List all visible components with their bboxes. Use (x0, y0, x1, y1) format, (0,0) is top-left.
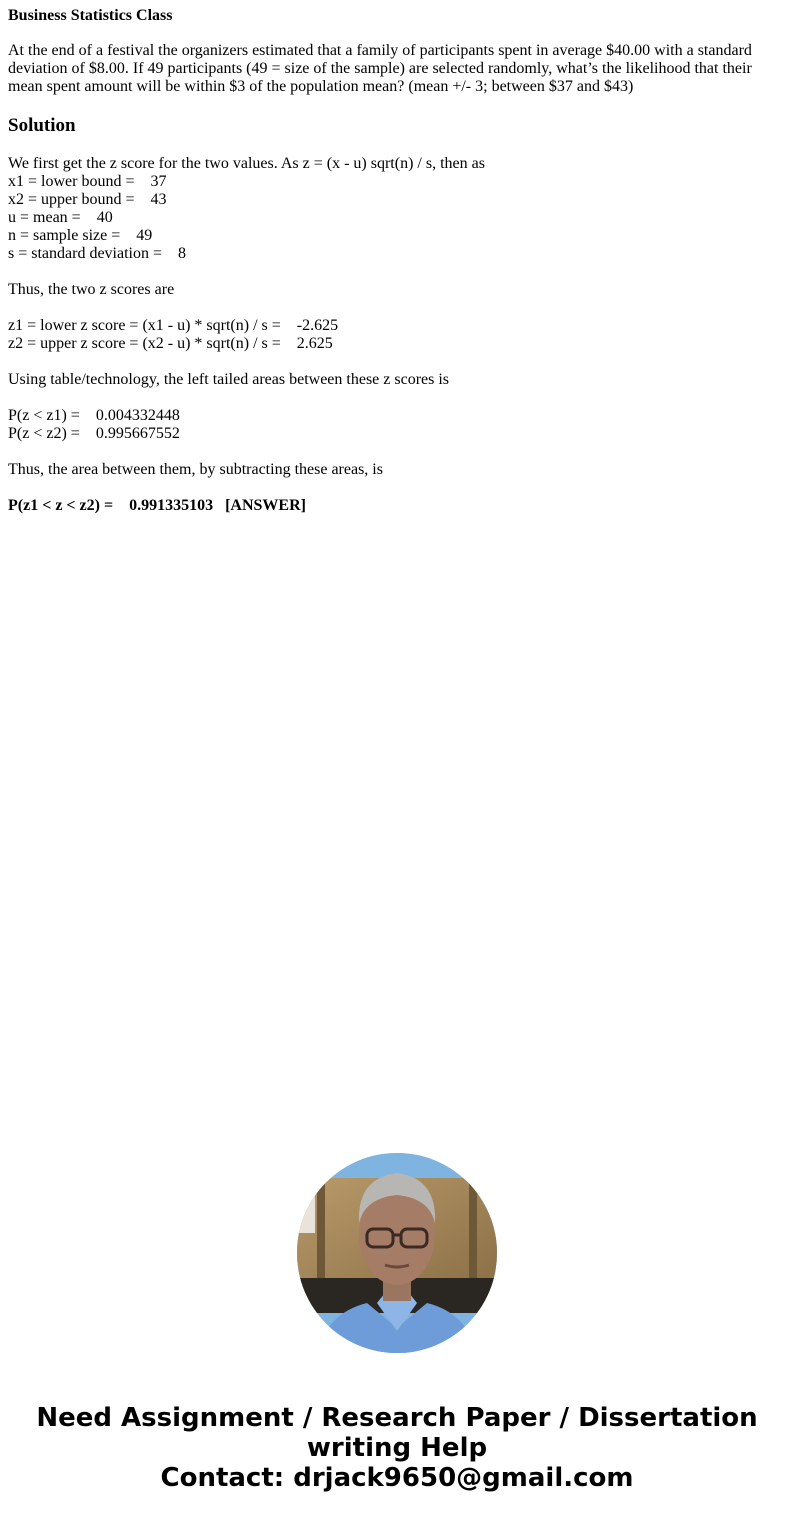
area-z1-row: P(z < z1) = 0.004332448 (8, 407, 778, 425)
given-mean: u = mean = 40 (8, 209, 778, 227)
given-n: n = sample size = 49 (8, 227, 778, 245)
question-text: At the end of a festival the organizers … (8, 42, 778, 96)
given-value: 43 (150, 191, 166, 208)
promo-contact: Contact: drjack9650@gmail.com (0, 1463, 794, 1493)
answer-row: P(z1 < z < z2) = 0.991335103 [ANSWER] (8, 497, 778, 515)
area-z2-row: P(z < z2) = 0.995667552 (8, 425, 778, 443)
area-value: 0.004332448 (96, 407, 180, 424)
z-intro: Thus, the two z scores are (8, 281, 778, 299)
promo-line-2: writing Help (0, 1433, 794, 1463)
promo-banner: Need Assignment / Research Paper / Disse… (0, 1403, 794, 1493)
given-value: 8 (178, 245, 186, 262)
given-value: 40 (97, 209, 113, 226)
author-photo-icon (297, 1153, 497, 1353)
author-avatar (297, 1153, 497, 1353)
given-value: 37 (150, 173, 166, 190)
areas-intro: Using table/technology, the left tailed … (8, 371, 778, 389)
spacer (8, 479, 778, 497)
given-s: s = standard deviation = 8 (8, 245, 778, 263)
given-x2: x2 = upper bound = 43 (8, 191, 778, 209)
given-x1: x1 = lower bound = 37 (8, 173, 778, 191)
answer-label: P(z1 < z < z2) = (8, 497, 113, 514)
given-label: x2 = upper bound = (8, 191, 134, 208)
promo-line-1: Need Assignment / Research Paper / Disse… (0, 1403, 794, 1433)
given-label: s = standard deviation = (8, 245, 162, 262)
area-value: 0.995667552 (96, 425, 180, 442)
given-label: n = sample size = (8, 227, 120, 244)
answer-tag: [ANSWER] (225, 497, 306, 514)
subtract-intro: Thus, the area between them, by subtract… (8, 461, 778, 479)
z-value: -2.625 (297, 317, 338, 334)
solution-intro: We first get the z score for the two val… (8, 155, 778, 173)
area-label: P(z < z1) = (8, 407, 80, 424)
solution-heading: Solution (8, 115, 76, 137)
z-label: z2 = upper z score = (x2 - u) * sqrt(n) … (8, 335, 281, 352)
spacer (8, 263, 778, 281)
spacer (8, 353, 778, 371)
spacer (8, 389, 778, 407)
given-label: u = mean = (8, 209, 81, 226)
z-label: z1 = lower z score = (x1 - u) * sqrt(n) … (8, 317, 281, 334)
spacer (8, 443, 778, 461)
area-label: P(z < z2) = (8, 425, 80, 442)
spacer (8, 299, 778, 317)
z1-row: z1 = lower z score = (x1 - u) * sqrt(n) … (8, 317, 778, 335)
given-value: 49 (136, 227, 152, 244)
solution-body: We first get the z score for the two val… (8, 155, 778, 515)
answer-value: 0.991335103 (129, 497, 213, 514)
given-label: x1 = lower bound = (8, 173, 134, 190)
page-title: Business Statistics Class (8, 7, 172, 25)
z-value: 2.625 (297, 335, 333, 352)
z2-row: z2 = upper z score = (x2 - u) * sqrt(n) … (8, 335, 778, 353)
